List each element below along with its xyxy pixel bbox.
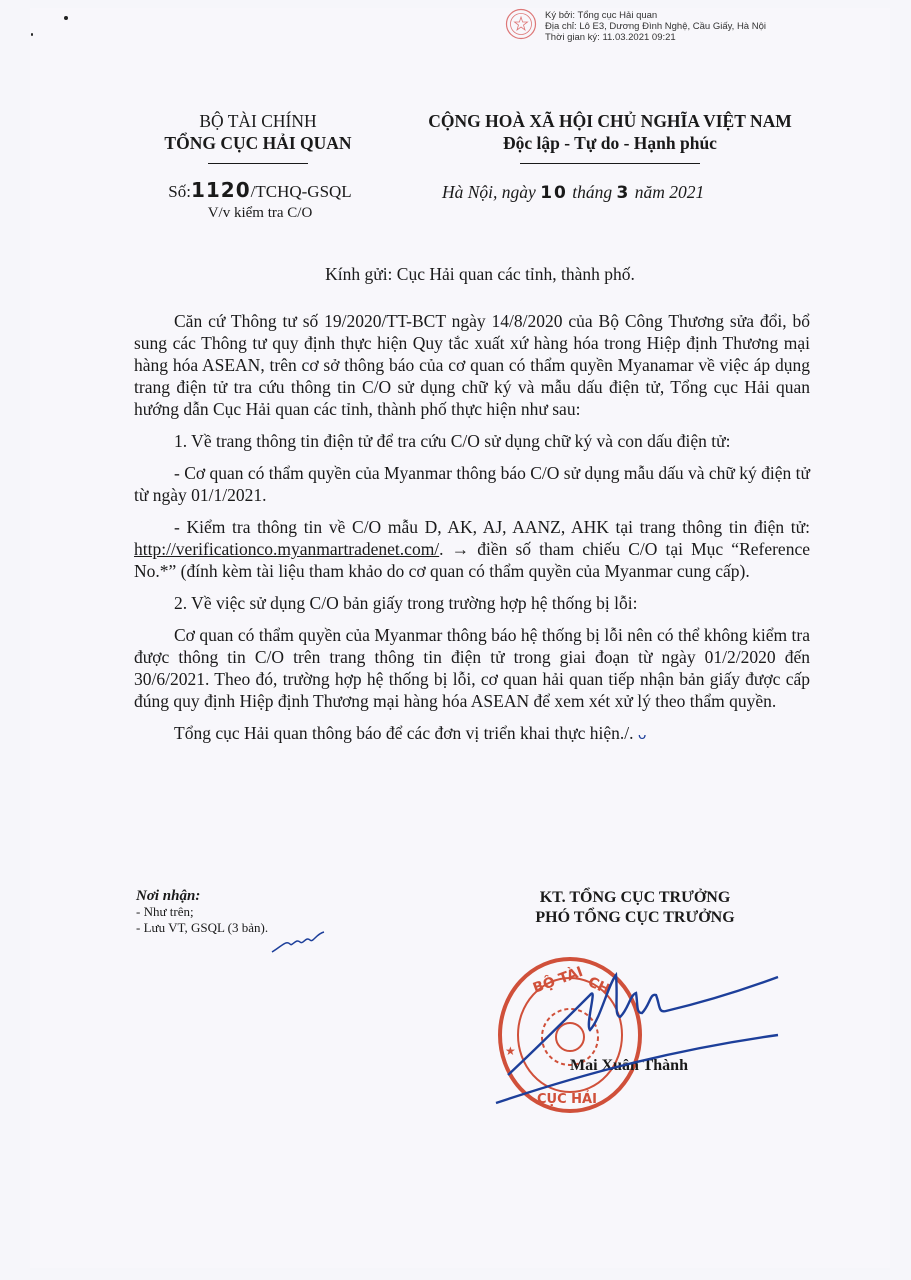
- on-behalf-title: KT. TỔNG CỤC TRƯỞNG: [480, 888, 790, 908]
- recipients-block: Nơi nhận: - Như trên; - Lưu VT, GSQL (3 …: [136, 888, 396, 936]
- signed-time: Thời gian ký: 11.03.2021 09:21: [545, 32, 766, 43]
- section-1-title: 1. Về trang thông tin điện tử để tra cứu…: [134, 430, 810, 452]
- closing-line: Tổng cục Hải quan thông báo để các đơn v…: [134, 722, 810, 746]
- recipient-item: - Như trên;: [136, 904, 396, 920]
- signer-title-block: KT. TỔNG CỤC TRƯỞNG PHÓ TỔNG CỤC TRƯỞNG: [480, 888, 790, 928]
- document-body: Căn cứ Thông tư số 19/2020/TT-BCT ngày 1…: [134, 310, 810, 756]
- handwritten-initials-icon: [268, 928, 338, 958]
- section-1-item-1: - Cơ quan có thẩm quyền của Myanmar thôn…: [134, 462, 810, 506]
- scan-speck: [31, 33, 33, 36]
- document-number: Số:1120/TCHQ-GSQL: [150, 178, 370, 202]
- day-stamp: 10: [540, 183, 568, 203]
- document-subject: V/v kiểm tra C/O: [150, 205, 370, 222]
- nation-name: CỘNG HOÀ XÃ HỘI CHỦ NGHĨA VIỆT NAM: [395, 110, 825, 132]
- divider: [208, 163, 308, 164]
- recipient-item: - Lưu VT, GSQL (3 bản).: [136, 920, 396, 936]
- national-header: CỘNG HOÀ XÃ HỘI CHỦ NGHĨA VIỆT NAM Độc l…: [395, 110, 825, 164]
- section-1-item-2: - Kiểm tra thông tin về C/O mẫu D, AK, A…: [134, 516, 810, 582]
- handwritten-signature-icon: [490, 955, 780, 1105]
- agency-name: TỔNG CỤC HẢI QUAN: [138, 132, 378, 154]
- document-date: Hà Nội, ngày 10 tháng 3 năm 2021: [442, 182, 704, 203]
- signer-position: PHÓ TỔNG CỤC TRƯỞNG: [480, 908, 790, 928]
- national-emblem-icon: [505, 8, 537, 40]
- paragraph-basis: Căn cứ Thông tư số 19/2020/TT-BCT ngày 1…: [134, 310, 810, 420]
- issuing-agency-header: BỘ TÀI CHÍNH TỔNG CỤC HẢI QUAN: [138, 110, 378, 164]
- digital-signature-stamp: Ký bởi: Tổng cục Hải quan Địa chỉ: Lô E3…: [505, 8, 865, 44]
- verification-link[interactable]: http://verificationco.myanmartradenet.co…: [134, 539, 439, 559]
- national-motto: Độc lập - Tự do - Hạnh phúc: [395, 132, 825, 154]
- recipients-title: Nơi nhận:: [136, 888, 396, 904]
- signer-address: Địa chỉ: Lô E3, Dương Đình Nghệ, Cầu Giấ…: [545, 21, 766, 32]
- ministry-name: BỘ TÀI CHÍNH: [138, 110, 378, 132]
- number-stamp: 1120: [191, 178, 251, 202]
- scan-speck: [64, 16, 68, 20]
- divider: [520, 163, 700, 164]
- signed-by: Ký bởi: Tổng cục Hải quan: [545, 10, 766, 21]
- handwritten-initial-mark: ᴗ: [638, 727, 647, 743]
- section-2-text: Cơ quan có thẩm quyền của Myanmar thông …: [134, 624, 810, 712]
- month-stamp: 3: [617, 183, 631, 203]
- recipient-line: Kính gửi: Cục Hải quan các tỉnh, thành p…: [130, 264, 830, 285]
- section-2-title: 2. Về việc sử dụng C/O bản giấy trong tr…: [134, 592, 810, 614]
